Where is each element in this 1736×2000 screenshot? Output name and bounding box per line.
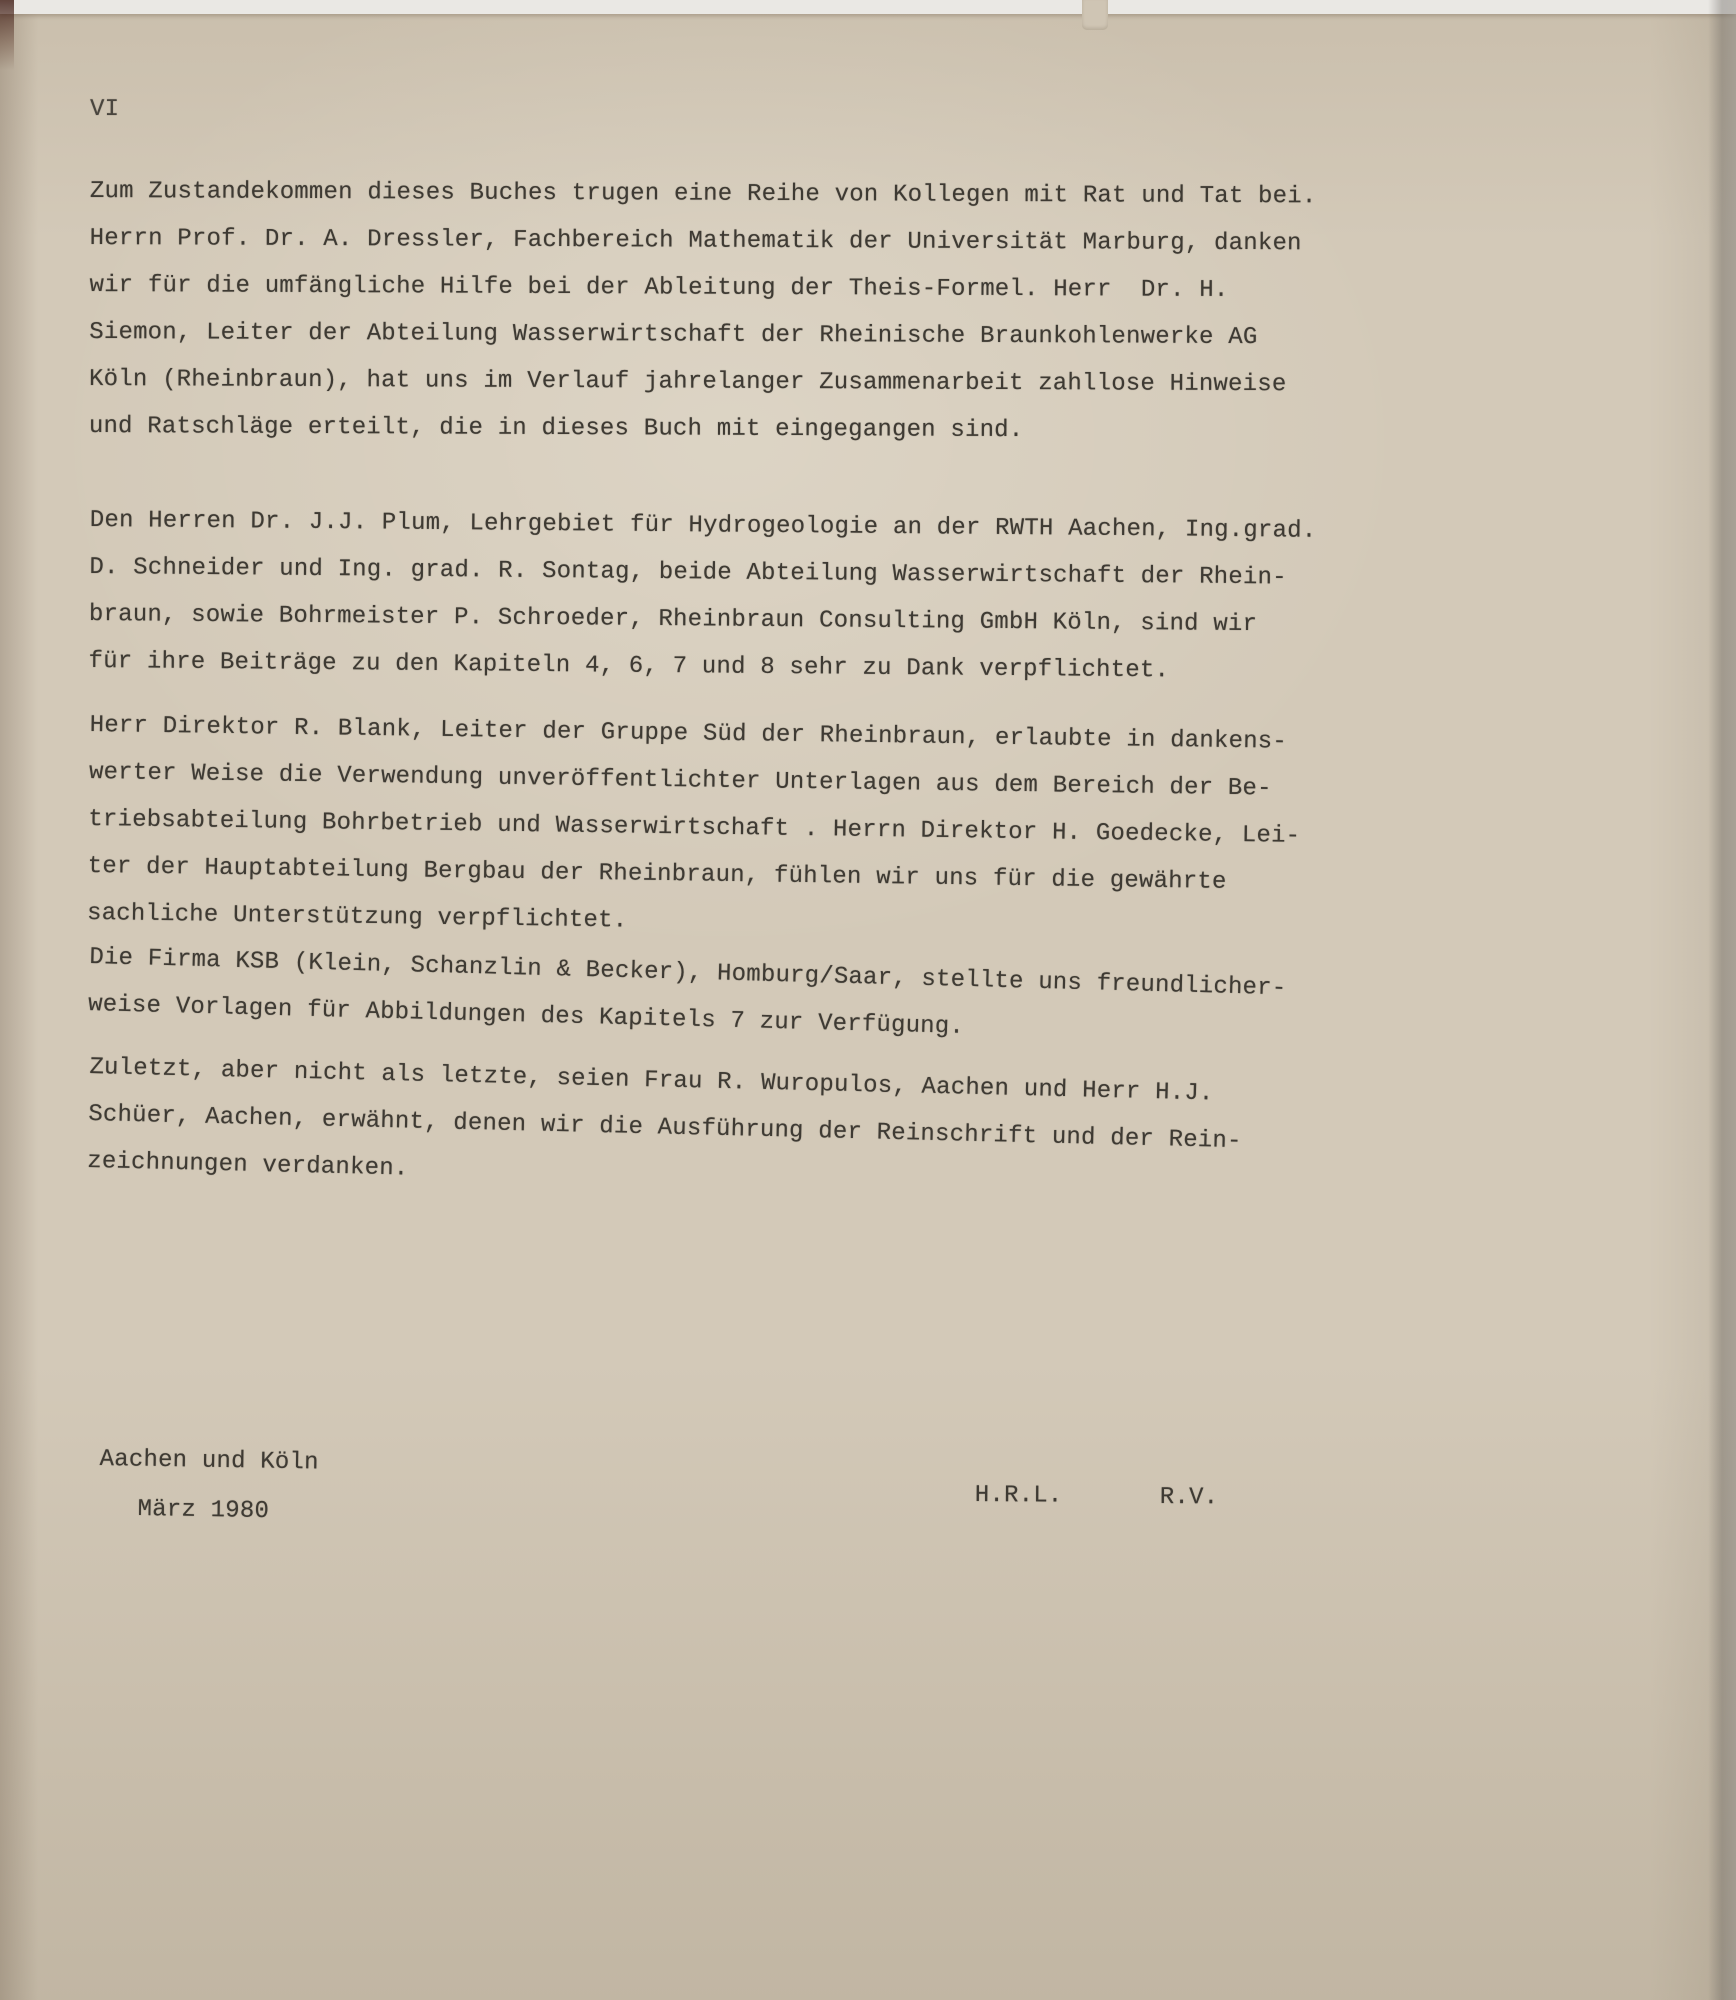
- paragraph-acknowledgement-ksb: Die Firma KSB (Klein, Schanzlin & Becker…: [88, 934, 1287, 1059]
- page-right-edge-shadow: [1708, 0, 1736, 2000]
- paragraph-acknowledgement-plum-schneider-sontag: Den Herren Dr. J.J. Plum, Lehrgebiet für…: [88, 497, 1316, 696]
- text-line: Zum Zustandekommen dieses Buches trugen …: [90, 168, 1317, 220]
- paragraph-acknowledgement-blank-goedecke: Herr Direktor R. Blank, Leiter der Grupp…: [87, 702, 1302, 954]
- text-line: Siemon, Leiter der Abteilung Wasserwirts…: [89, 309, 1316, 361]
- text-line: für ihre Beiträge zu den Kapiteln 4, 6, …: [88, 638, 1315, 696]
- text-line: und Ratschläge erteilt, die in dieses Bu…: [89, 403, 1316, 455]
- author-initials-left: H.R.L.: [975, 1472, 1063, 1520]
- closing-place: Aachen und Köln: [99, 1436, 319, 1486]
- text-line: wir für die umfängliche Hilfe bei der Ab…: [89, 262, 1316, 314]
- page-number: VI: [90, 86, 119, 133]
- text-line: Herrn Prof. Dr. A. Dressler, Fachbereich…: [90, 215, 1317, 267]
- author-initials-right: R.V.: [1160, 1474, 1219, 1521]
- closing-date: März 1980: [137, 1486, 269, 1535]
- paragraph-acknowledgement-wuropulos-schueer: Zuletzt, aber nicht als letzte, seien Fr…: [87, 1044, 1244, 1212]
- paragraph-acknowledgement-dressler-siemon: Zum Zustandekommen dieses Buches trugen …: [89, 168, 1317, 455]
- text-line: Köln (Rheinbraun), hat uns im Verlauf ja…: [89, 356, 1316, 408]
- page-top-tab: [1082, 0, 1108, 30]
- page-top-edge: [0, 0, 1736, 14]
- scanned-page: VI Zum Zustandekommen dieses Buches trug…: [0, 0, 1736, 2000]
- photo-corner-shadow: [0, 0, 14, 70]
